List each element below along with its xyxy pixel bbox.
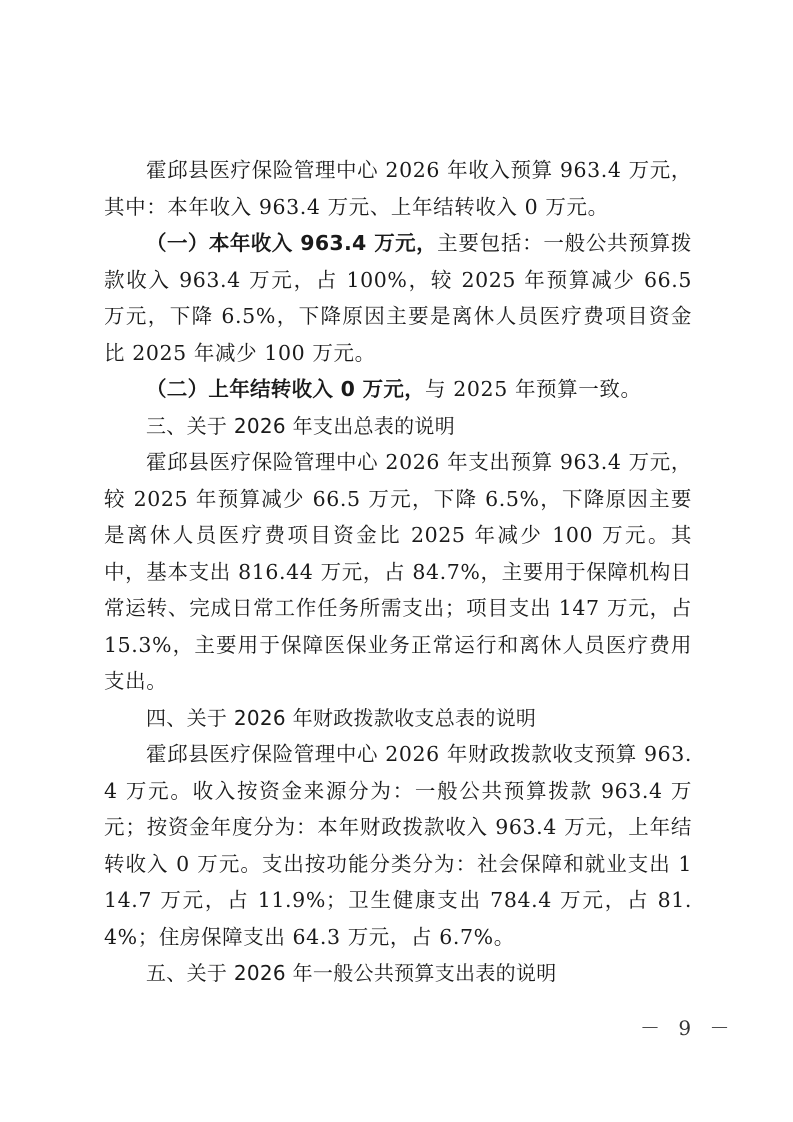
- carryover-income-body: 与 2025 年预算一致。: [425, 377, 642, 401]
- carryover-income-lead: （二）上年结转收入 0 万元，: [146, 377, 425, 401]
- section-3-heading: 三、关于 2026 年支出总表的说明: [104, 408, 692, 445]
- section-4-heading: 四、关于 2026 年财政拨款收支总表的说明: [104, 700, 692, 737]
- carryover-income-paragraph: （二）上年结转收入 0 万元，与 2025 年预算一致。: [104, 371, 692, 408]
- section-5-heading: 五、关于 2026 年一般公共预算支出表的说明: [104, 955, 692, 992]
- current-year-income-lead: （一）本年收入 963.4 万元，: [146, 231, 437, 255]
- income-summary-paragraph: 霍邱县医疗保险管理中心 2026 年收入预算 963.4 万元，其中：本年收入 …: [104, 152, 692, 225]
- current-year-income-paragraph: （一）本年收入 963.4 万元，主要包括：一般公共预算拨款收入 963.4 万…: [104, 225, 692, 371]
- fiscal-summary-paragraph: 霍邱县医疗保险管理中心 2026 年财政拨款收支预算 963.4 万元。收入按资…: [104, 736, 692, 955]
- document-body: 霍邱县医疗保险管理中心 2026 年收入预算 963.4 万元，其中：本年收入 …: [104, 152, 692, 992]
- page-number: － 9 －: [640, 1012, 735, 1041]
- expenditure-summary-paragraph: 霍邱县医疗保险管理中心 2026 年支出预算 963.4 万元，较 2025 年…: [104, 444, 692, 700]
